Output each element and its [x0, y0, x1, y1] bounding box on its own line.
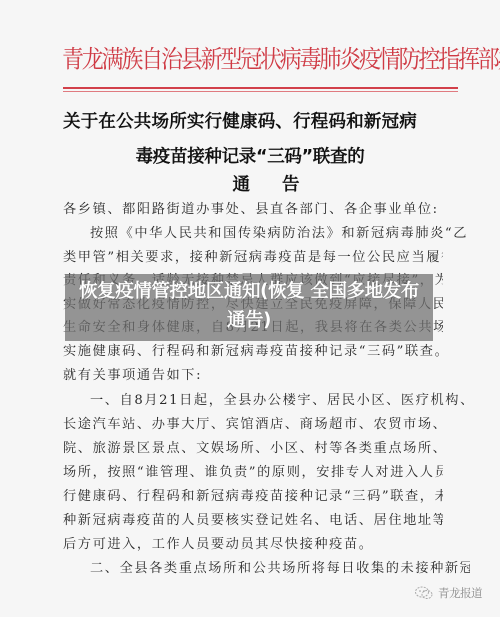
document-title-notice: 通告	[55, 171, 477, 196]
header-red-rule	[63, 87, 458, 89]
body-line: 按照《中华人民共和国传染病防治法》和新冠病毒肺炎“乙	[63, 222, 470, 246]
salutation: 各乡镇、都阳路街道办事处、县直各部门、各企事业单位:	[63, 198, 443, 222]
body-line: 就有关事项通告如下:	[63, 364, 443, 388]
item-one-line: 一、自8月21日起，全县办公楼宇、居民小区、医疗机构、	[63, 389, 470, 413]
body-line: 类甲管”相关要求，接种新冠病毒疫苗是每一位公民应当履行的	[63, 246, 443, 270]
document-title-line-1: 关于在公共场所实行健康码、行程码和新冠病	[63, 108, 443, 133]
issuing-office-header: 青龙满族自治县新型冠状病毒肺炎疫情防控指挥部办公室	[62, 44, 460, 78]
body-line: 种新冠病毒疫苗的人员要核实登记姓名、电话、居住地址等信息	[63, 509, 443, 533]
source-watermark: 青龙报道	[414, 585, 482, 601]
body-line: 院、旅游景区景点、文娱场所、小区、村等各类重点场所、公共	[63, 437, 443, 461]
document-title-line-2: 毒疫苗接种记录“三码”联查的	[55, 143, 445, 168]
body-line: 行健康码、行程码和新冠病毒疫苗接种记录“三码”联查，未接	[63, 485, 443, 509]
header-red-rule-thin	[63, 91, 458, 92]
body-line: 场所，按照“谁管理、谁负责”的原则，安排专人对进入人员进	[63, 461, 443, 485]
wechat-icon	[414, 586, 434, 600]
item-two-line: 二、全县各类重点场所和公共场所将每日收集的未接种新冠	[63, 557, 470, 581]
watermark-label: 青龙报道	[438, 585, 482, 601]
caption-overlay-title: 恢复疫情管控地区通知(恢复 全国多地发布通告)	[65, 277, 433, 335]
body-line: 长途汽车站、办事大厅、宾馆酒店、商场超市、农贸市场、电影	[63, 413, 443, 437]
body-line: 后方可进入，工作人员要动员其尽快接种疫苗。	[63, 533, 443, 557]
document-page: 青龙满族自治县新型冠状病毒肺炎疫情防控指挥部办公室 关于在公共场所实行健康码、行…	[0, 0, 500, 617]
body-line: 实施健康码、行程码和新冠病毒疫苗接种记录“三码”联查。现	[63, 340, 443, 364]
